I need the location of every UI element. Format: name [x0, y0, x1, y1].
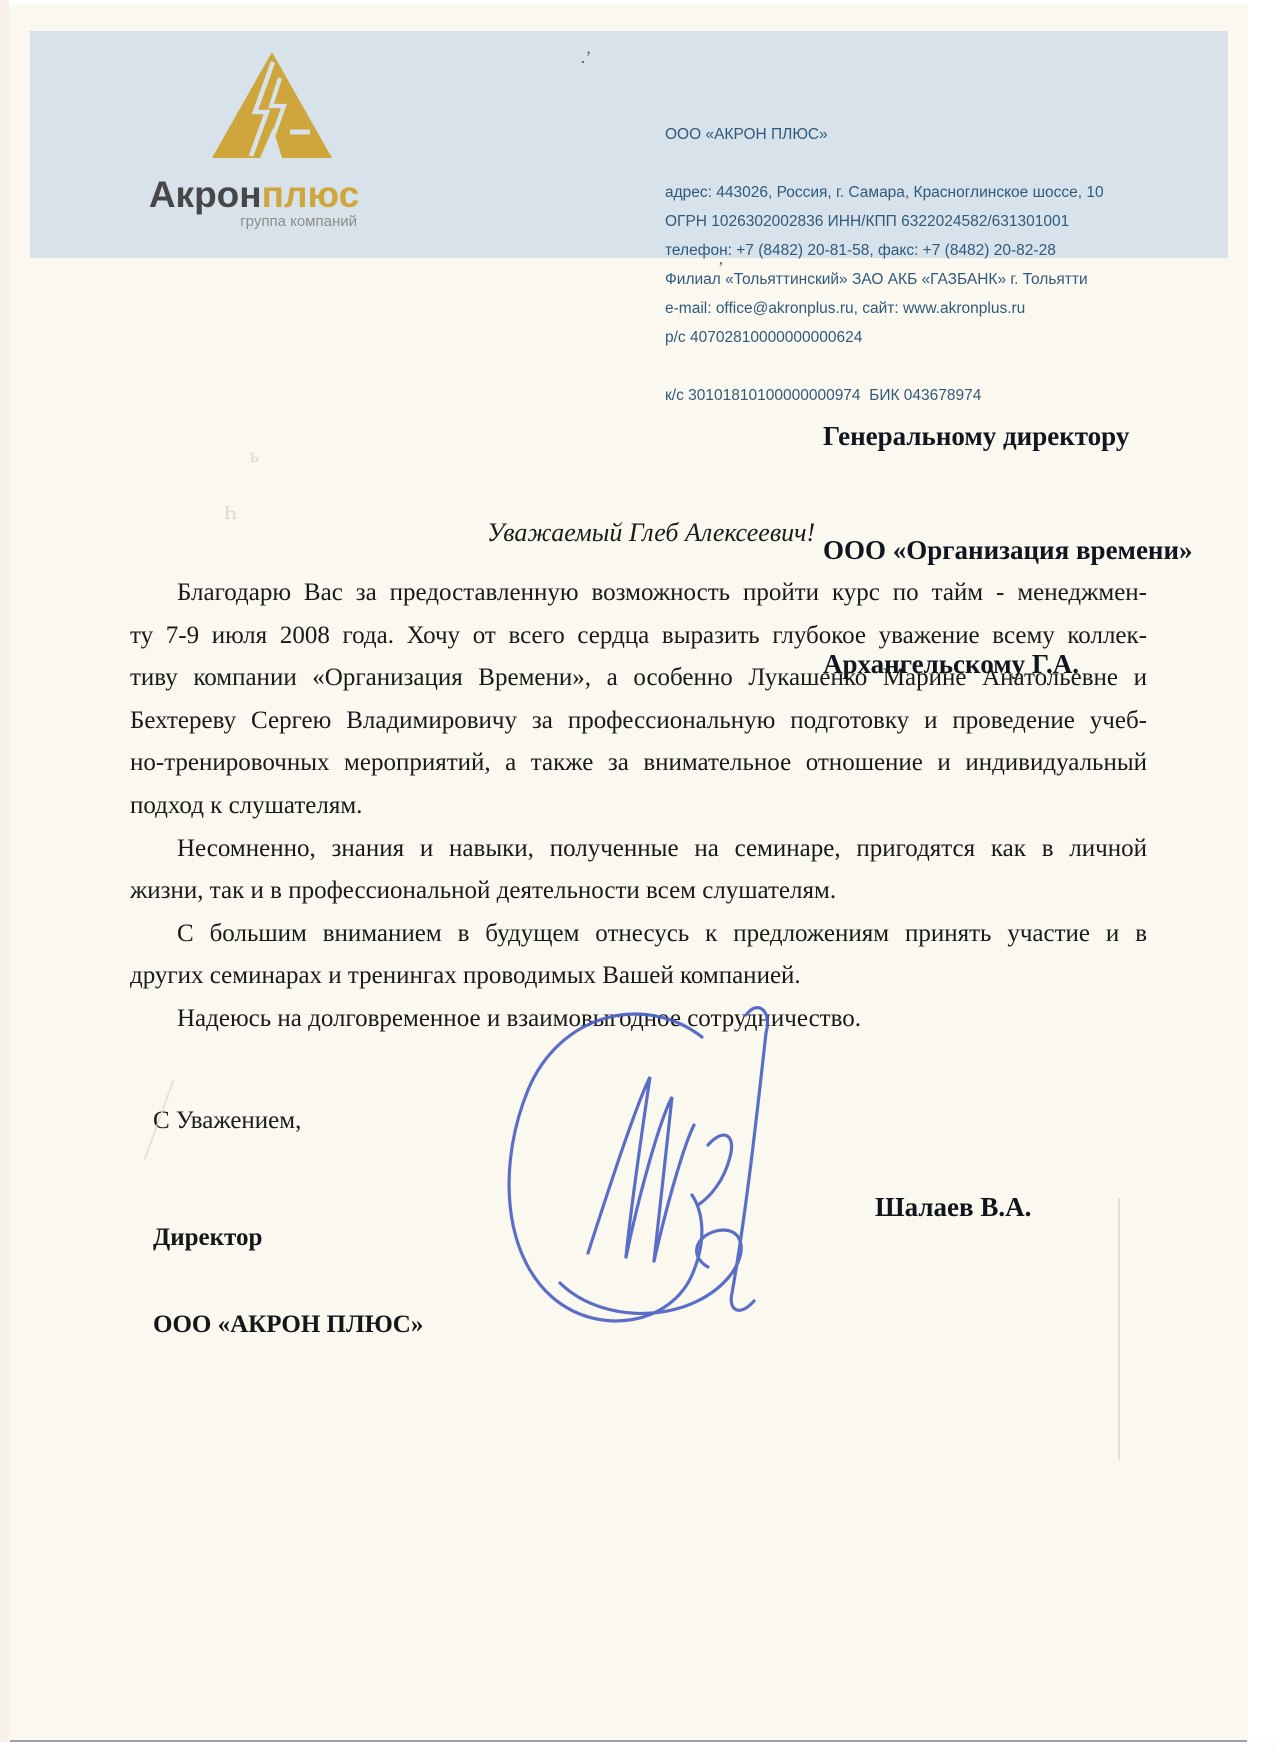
body-line: Несомненно, знания и навыки, полученные …	[130, 828, 1147, 871]
body-line: ту 7-9 июля 2008 года. Хочу от всего сер…	[130, 615, 1147, 658]
scan-speck: Һ	[224, 502, 237, 525]
recipient-position: Генеральному директору	[823, 417, 1193, 455]
scan-margin	[0, 1742, 1275, 1755]
recipient-company: ООО «Организация времени»	[823, 531, 1193, 569]
salutation: Уважаемый Глеб Алексеевич!	[487, 518, 815, 548]
scan-speck: ․ʼ	[580, 48, 591, 68]
paper-crease	[1118, 1198, 1120, 1460]
company-logo-name: Акронплюс	[148, 174, 360, 216]
body-line: тиву компании «Организация Времени», а о…	[130, 657, 1147, 700]
signer-title-block: Директор ООО «АКРОН ПЛЮС»	[153, 1165, 423, 1397]
scanned-letter: Акронплюс группа компаний ООО «АКРОН ПЛЮ…	[0, 0, 1275, 1755]
signer-position: Директор	[153, 1223, 423, 1252]
body-line: подход к слушателям.	[130, 785, 1147, 828]
body-line: Благодарю Вас за предоставленную возможн…	[130, 572, 1147, 615]
closing-regards: С Уважением,	[153, 1107, 301, 1135]
logo-tagline: группа компаний	[150, 213, 357, 230]
scan-edge	[0, 0, 9, 1755]
body-line: но-тренировочных мероприятий, а также за…	[130, 742, 1147, 785]
body-line: Бехтереву Сергею Владимировичу за профес…	[130, 700, 1147, 743]
body-line: жизни, так и в профессиональной деятельн…	[130, 870, 1147, 913]
logo-name-suffix: плюс	[262, 174, 360, 215]
letter-body: Благодарю Вас за предоставленную возможн…	[130, 572, 1147, 1041]
scan-speck: ’	[718, 258, 724, 278]
body-line: С большим вниманием в будущем отнесусь к…	[130, 913, 1147, 956]
signer-name: Шалаев В.А.	[875, 1192, 1031, 1223]
company-name-line: ООО «АКРОН ПЛЮС»	[665, 125, 1104, 144]
handwritten-signature	[440, 985, 840, 1365]
signer-company: ООО «АКРОН ПЛЮС»	[153, 1310, 423, 1339]
bank-branch-line: Филиал «Тольяттинский» ЗАО АКБ «ГАЗБАНК»…	[665, 270, 1088, 289]
ogrn-inn-line: ОГРН 1026302002836 ИНН/КПП 6322024582/63…	[665, 212, 1088, 231]
logo-name-main: Акрон	[149, 174, 262, 215]
scan-speck: ь	[250, 445, 259, 468]
company-logo-triangle-icon	[210, 50, 334, 162]
